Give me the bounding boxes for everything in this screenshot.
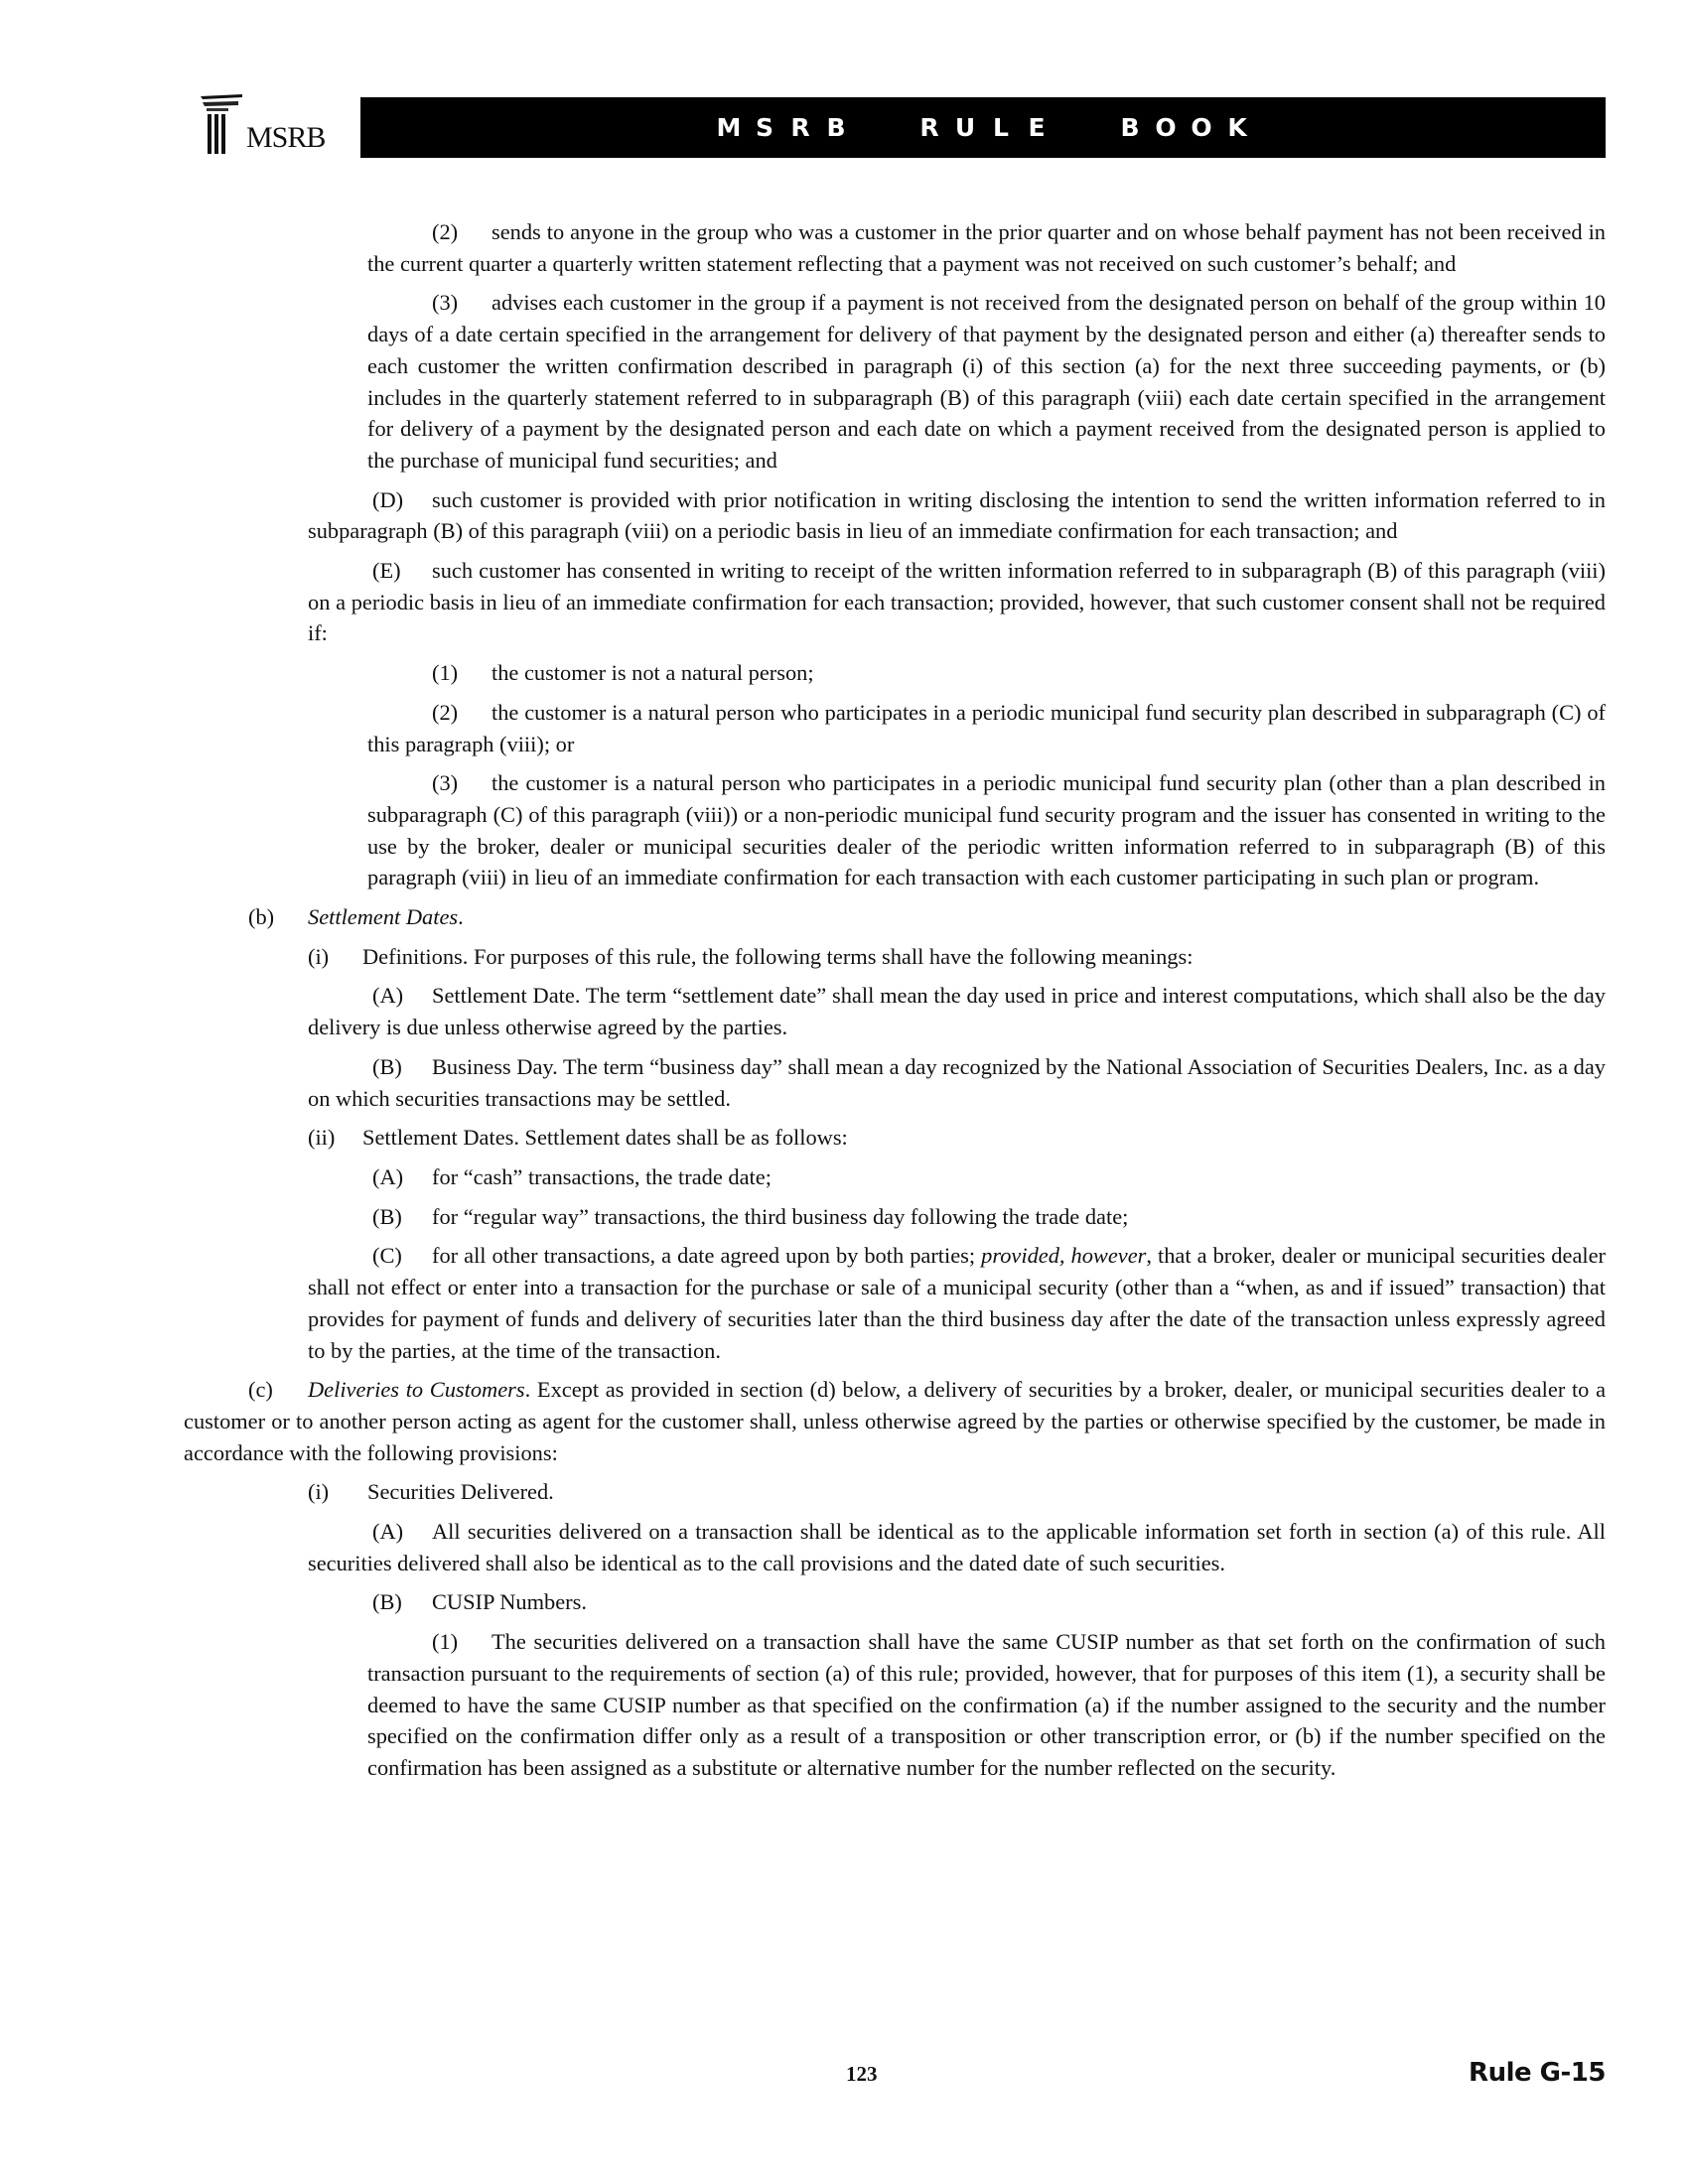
paragraph-a-viii-E-3: (3)the customer is a natural person who … [184,767,1606,893]
section-b-heading: (b)Settlement Dates. [184,901,1606,933]
page-number: 123 [846,2062,878,2087]
paragraph-b-ii-C: (C)for all other transactions, a date ag… [184,1240,1606,1366]
paragraph-a-viii-B-2: (2)sends to anyone in the group who was … [184,216,1606,279]
paragraph-b-ii-A: (A)for “cash” transactions, the trade da… [184,1161,1606,1193]
rule-text-body: (2)sends to anyone in the group who was … [184,216,1606,1784]
paragraph-a-viii-E-1: (1)the customer is not a natural person; [184,657,1606,689]
column-pillar-icon [199,94,244,156]
paragraph-a-viii-E-2: (2)the customer is a natural person who … [184,697,1606,759]
section-c-title: Deliveries to Customers [308,1377,525,1402]
header-bar: MSRBRULEBOOK [360,97,1606,158]
section-c: (c)Deliveries to Customers. Except as pr… [184,1374,1606,1468]
paragraph-b-ii: (ii)Settlement Dates. Settlement dates s… [184,1122,1606,1154]
paragraph-a-viii-B-3: (3)advises each customer in the group if… [184,287,1606,476]
paragraph-b-i: (i)Definitions. For purposes of this rul… [184,941,1606,973]
paragraph-a-viii-E: (E)such customer has consented in writin… [184,555,1606,649]
paragraph-c-i-B-1: (1)The securities delivered on a transac… [184,1626,1606,1784]
paragraph-b-ii-B: (B)for “regular way” transactions, the t… [184,1201,1606,1233]
msrb-logo: MSRB [199,94,333,156]
header-title: MSRBRULEBOOK [360,97,1606,158]
rule-label: Rule G-15 [1469,2058,1606,2088]
paragraph-a-viii-D: (D)such customer is provided with prior … [184,484,1606,547]
paragraph-c-i-B: (B)CUSIP Numbers. [184,1586,1606,1618]
paragraph-b-i-B: (B)Business Day. The term “business day”… [184,1051,1606,1114]
paragraph-b-i-A: (A)Settlement Date. The term “settlement… [184,980,1606,1042]
logo-text: MSRB [246,123,325,153]
paragraph-c-i-A: (A)All securities delivered on a transac… [184,1516,1606,1578]
section-b-title: Settlement Dates [308,904,458,929]
paragraph-c-i: (i)Securities Delivered. [184,1476,1606,1508]
